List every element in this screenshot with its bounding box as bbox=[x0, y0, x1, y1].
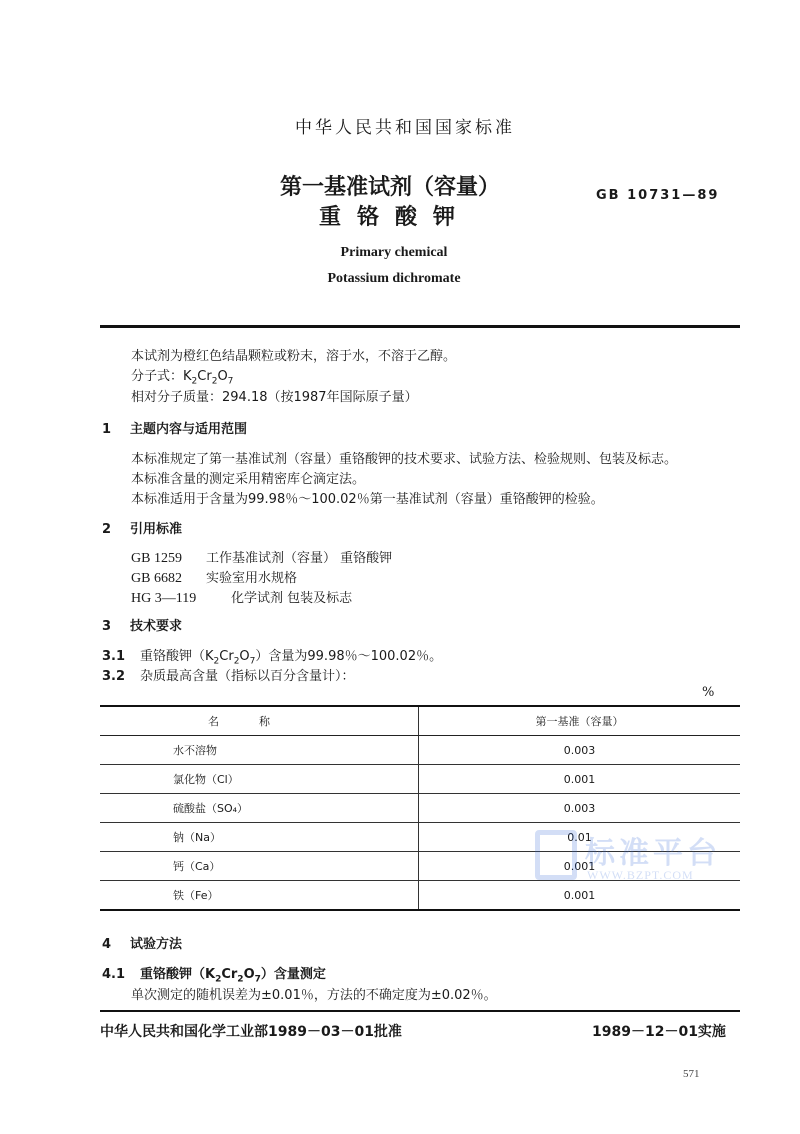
reference-name: 实验室用水规格 bbox=[206, 571, 297, 586]
footer-divider bbox=[100, 1010, 740, 1012]
content-text: ）含量测定 bbox=[261, 967, 326, 982]
approval-date: 中华人民共和国化学工业部1989－03－01批准 bbox=[100, 1021, 402, 1041]
subsection-number: 4.1 bbox=[102, 967, 140, 982]
standard-number: GB 10731—89 bbox=[596, 188, 719, 203]
impurity-name: 钙（Ca） bbox=[100, 852, 419, 881]
formula-label: 分子式： bbox=[131, 369, 183, 384]
formula-cr: Cr bbox=[221, 967, 237, 982]
section-1-line: 本标准适用于含量为99.98％～100.02％第一基准试剂（容量）重铬酸钾的检验… bbox=[131, 488, 604, 507]
content-text: 重铬酸钾（K bbox=[140, 649, 214, 664]
table-row: 氯化物（Cl） 0.001 bbox=[100, 765, 740, 794]
subsection-number: 3.1 bbox=[102, 649, 140, 664]
content-text: ）含量为99.98％～100.02％。 bbox=[255, 649, 442, 664]
table-row: 铁（Fe） 0.001 bbox=[100, 881, 740, 911]
impurity-name: 硫酸盐（SO₄） bbox=[100, 794, 419, 823]
section-2-heading: 2引用标准 bbox=[102, 518, 182, 537]
content-text: 杂质最高含量（指标以百分含量计）： bbox=[140, 669, 355, 684]
table-row: 钠（Na） 0.01 bbox=[100, 823, 740, 852]
section-1-heading: 1主题内容与适用范围 bbox=[102, 418, 247, 437]
impurity-name: 铁（Fe） bbox=[100, 881, 419, 911]
intro-molar-mass: 相对分子质量：294.18（按1987年国际原子量） bbox=[131, 386, 418, 405]
table-row: 钙（Ca） 0.001 bbox=[100, 852, 740, 881]
intro-description: 本试剂为橙红色结晶颗粒或粉末，溶于水，不溶于乙醇。 bbox=[131, 345, 456, 364]
formula-k: K bbox=[183, 369, 192, 384]
table-row: 硫酸盐（SO₄） 0.003 bbox=[100, 794, 740, 823]
reference-item: GB 6682实验室用水规格 bbox=[131, 567, 297, 587]
section-number: 4 bbox=[102, 937, 130, 952]
section-3-heading: 3技术要求 bbox=[102, 615, 182, 634]
page-number: 571 bbox=[683, 1068, 700, 1080]
intro-formula: 分子式：K2Cr2O7 bbox=[131, 365, 233, 387]
section-3-1: 3.1重铬酸钾（K2Cr2O7）含量为99.98％～100.02％。 bbox=[102, 645, 442, 667]
section-number: 3 bbox=[102, 619, 130, 634]
national-standard-header: 中华人民共和国国家标准 bbox=[0, 113, 800, 138]
title-english-line1: Primary chemical bbox=[0, 245, 800, 261]
impurity-table: 名称 第一基准（容量） 水不溶物 0.003 氯化物（Cl） 0.001 硫酸盐… bbox=[100, 705, 740, 911]
reference-item: HG 3—119化学试剂 包装及标志 bbox=[131, 587, 352, 607]
subtitle-chinese: 重铬酸钾 bbox=[0, 200, 800, 231]
impurity-name: 水不溶物 bbox=[100, 736, 419, 765]
impurity-value: 0.001 bbox=[419, 765, 741, 794]
reference-code: GB 6682 bbox=[131, 571, 206, 587]
impurity-value: 0.003 bbox=[419, 736, 741, 765]
subsection-number: 3.2 bbox=[102, 669, 140, 684]
reference-code: GB 1259 bbox=[131, 551, 206, 567]
reference-name: 化学试剂 包装及标志 bbox=[231, 591, 352, 606]
table-row: 水不溶物 0.003 bbox=[100, 736, 740, 765]
section-number: 1 bbox=[102, 422, 130, 437]
formula-o: O bbox=[244, 967, 255, 982]
section-title: 主题内容与适用范围 bbox=[130, 422, 247, 437]
implementation-date: 1989－12－01实施 bbox=[592, 1021, 726, 1041]
section-4-heading: 4试验方法 bbox=[102, 933, 182, 952]
section-title: 试验方法 bbox=[130, 937, 182, 952]
reference-name: 工作基准试剂（容量） 重铬酸钾 bbox=[206, 551, 392, 566]
section-1-line: 本标准规定了第一基准试剂（容量）重铬酸钾的技术要求、试验方法、检验规则、包装及标… bbox=[131, 448, 677, 467]
reference-item: GB 1259工作基准试剂（容量） 重铬酸钾 bbox=[131, 547, 392, 567]
impurity-value: 0.001 bbox=[419, 852, 741, 881]
header-grade: 第一基准（容量） bbox=[419, 706, 741, 736]
impurity-value: 0.001 bbox=[419, 881, 741, 911]
section-title: 技术要求 bbox=[130, 619, 182, 634]
impurity-name: 钠（Na） bbox=[100, 823, 419, 852]
section-4-1-heading: 4.1重铬酸钾（K2Cr2O7）含量测定 bbox=[102, 963, 326, 985]
table-unit: % bbox=[702, 685, 714, 700]
reference-code: HG 3—119 bbox=[131, 591, 231, 607]
section-4-1-text: 单次测定的随机误差为±0.01％，方法的不确定度为±0.02％。 bbox=[131, 984, 497, 1003]
header-divider bbox=[100, 325, 740, 328]
formula-o: O bbox=[217, 369, 227, 384]
section-1-line: 本标准含量的测定采用精密库仑滴定法。 bbox=[131, 468, 365, 487]
section-3-2: 3.2杂质最高含量（指标以百分含量计）： bbox=[102, 665, 355, 684]
impurity-value: 0.01 bbox=[419, 823, 741, 852]
formula-cr: Cr bbox=[219, 649, 233, 664]
header-name: 名称 bbox=[100, 706, 419, 736]
content-text: 重铬酸钾（K bbox=[140, 967, 215, 982]
formula-o: O bbox=[239, 649, 249, 664]
title-english-line2: Potassium dichromate bbox=[0, 271, 800, 287]
impurity-value: 0.003 bbox=[419, 794, 741, 823]
formula-cr: Cr bbox=[197, 369, 211, 384]
table-header-row: 名称 第一基准（容量） bbox=[100, 706, 740, 736]
section-number: 2 bbox=[102, 522, 130, 537]
section-title: 引用标准 bbox=[130, 522, 182, 537]
impurity-name: 氯化物（Cl） bbox=[100, 765, 419, 794]
